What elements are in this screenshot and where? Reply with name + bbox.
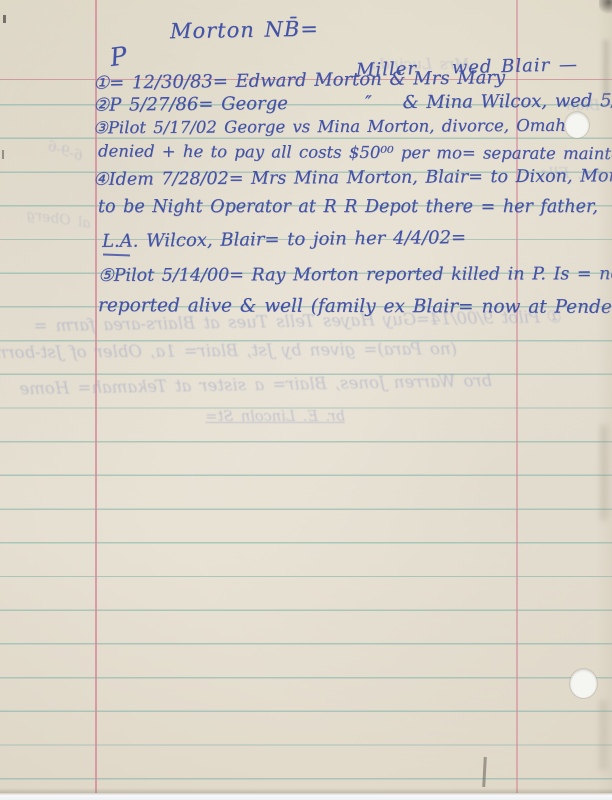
hole-punch-top <box>565 112 589 138</box>
entry-line: ③Pilot 5/17/02 George vs Mina Morton, di… <box>93 116 581 138</box>
entry-line: ②P 5/27/86= George ″ & Mina Wilcox, wed … <box>93 89 612 116</box>
scanned-page: ① Pilot 9/00/14=Guy Hayes Tells Tues at … <box>0 0 612 800</box>
entry-line: reported alive & well (family ex Blair= … <box>98 295 612 318</box>
edge-speck <box>3 15 6 23</box>
hole-punch-bottom <box>570 669 597 698</box>
entry-line: ⑤Pilot 5/14/00= Ray Morton reported kill… <box>98 264 612 286</box>
entry-line: L.A. Wilcox, Blair= to join her 4/4/02= <box>102 227 466 252</box>
bleedthrough-line: br. E. Lincoln St= <box>225 409 345 425</box>
entry-line: ④Idem 7/28/02= Mrs Mina Morton, Blair= t… <box>93 166 612 190</box>
right-edge-shading <box>596 0 612 793</box>
scanner-background-strip <box>0 793 612 800</box>
pen-flourish: P <box>108 41 129 72</box>
page-title: Morton NB̄= <box>170 17 319 44</box>
entry-line: to be Night Operator at R R Depot there … <box>98 197 598 217</box>
entry-line: denied + he to pay all costs $50⁰⁰ per m… <box>98 141 612 163</box>
bleedthrough-line: (no Para)= given by Jst, Blair= 1a, Oble… <box>52 339 457 362</box>
edge-speck <box>2 150 4 159</box>
